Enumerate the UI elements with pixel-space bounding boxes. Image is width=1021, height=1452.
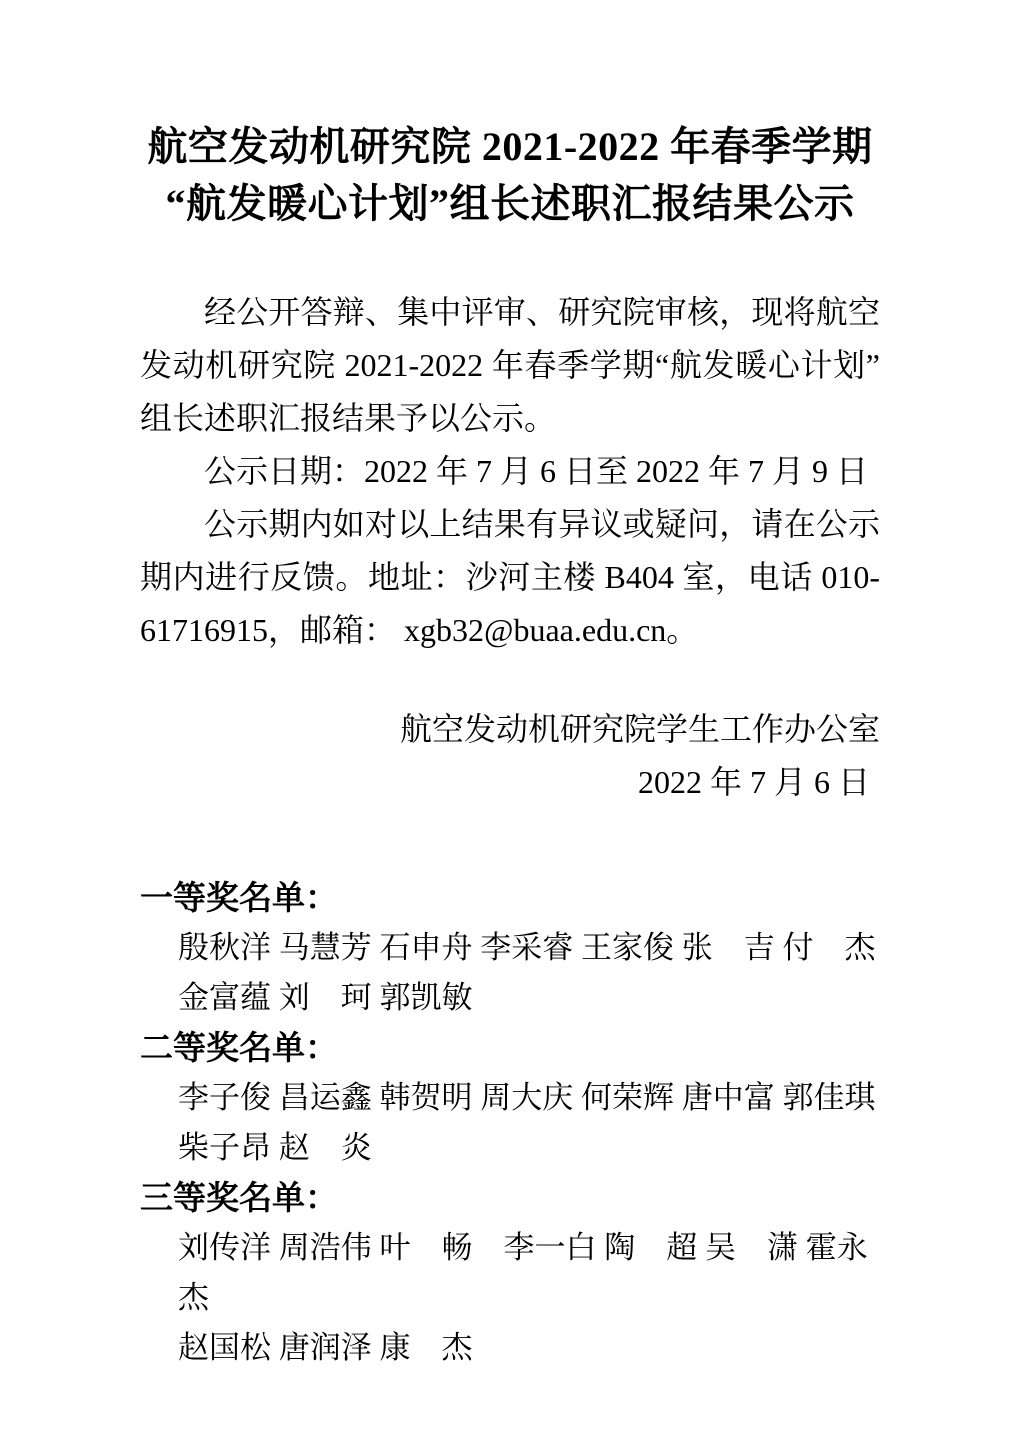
award-section-second-prize: 二等奖名单： 李子俊 昌运鑫 韩贺明 周大庆 何荣辉 唐中富 郭佳琪 柴子昂 赵…: [140, 1023, 880, 1173]
first-prize-names-line-1: 殷秋洋 马慧芳 石申舟 李采睿 王家俊 张 吉 付 杰: [140, 923, 880, 973]
second-prize-names-line-1: 李子俊 昌运鑫 韩贺明 周大庆 何荣辉 唐中富 郭佳琪: [140, 1073, 880, 1123]
second-prize-heading: 二等奖名单：: [140, 1023, 880, 1073]
publicity-date-line: 公示日期：2022 年 7 月 6 日至 2022 年 7 月 9 日: [140, 445, 880, 498]
award-section-first-prize: 一等奖名单： 殷秋洋 马慧芳 石申舟 李采睿 王家俊 张 吉 付 杰 金富蕴 刘…: [140, 873, 880, 1023]
signature-block: 航空发动机研究院学生工作办公室 2022 年 7 月 6 日: [140, 703, 880, 809]
title-line-2: “航发暖心计划”组长述职汇报结果公示: [140, 175, 880, 232]
signature-office: 航空发动机研究院学生工作办公室: [140, 703, 880, 756]
signature-date: 2022 年 7 月 6 日: [140, 756, 880, 809]
title-line-1: 航空发动机研究院 2021-2022 年春季学期: [140, 118, 880, 175]
second-prize-names-line-2: 柴子昂 赵 炎: [140, 1123, 880, 1173]
third-prize-names-line-1: 刘传洋 周浩伟 叶 畅 李一白 陶 超 吴 潇 霍永杰: [140, 1223, 880, 1323]
third-prize-heading: 三等奖名单：: [140, 1173, 880, 1223]
third-prize-names-line-2: 赵国松 唐润泽 康 杰: [140, 1323, 880, 1373]
intro-paragraph: 经公开答辩、集中评审、研究院审核，现将航空发动机研究院 2021-2022 年春…: [140, 286, 880, 445]
feedback-contact-paragraph: 公示期内如对以上结果有异议或疑问，请在公示期内进行反馈。地址：沙河主楼 B404…: [140, 498, 880, 657]
first-prize-names-line-2: 金富蕴 刘 珂 郭凯敏: [140, 973, 880, 1023]
document-page: 航空发动机研究院 2021-2022 年春季学期 “航发暖心计划”组长述职汇报结…: [0, 0, 1021, 1452]
document-title: 航空发动机研究院 2021-2022 年春季学期 “航发暖心计划”组长述职汇报结…: [140, 118, 880, 232]
award-section-third-prize: 三等奖名单： 刘传洋 周浩伟 叶 畅 李一白 陶 超 吴 潇 霍永杰 赵国松 唐…: [140, 1173, 880, 1373]
first-prize-heading: 一等奖名单：: [140, 873, 880, 923]
award-lists: 一等奖名单： 殷秋洋 马慧芳 石申舟 李采睿 王家俊 张 吉 付 杰 金富蕴 刘…: [140, 873, 880, 1373]
